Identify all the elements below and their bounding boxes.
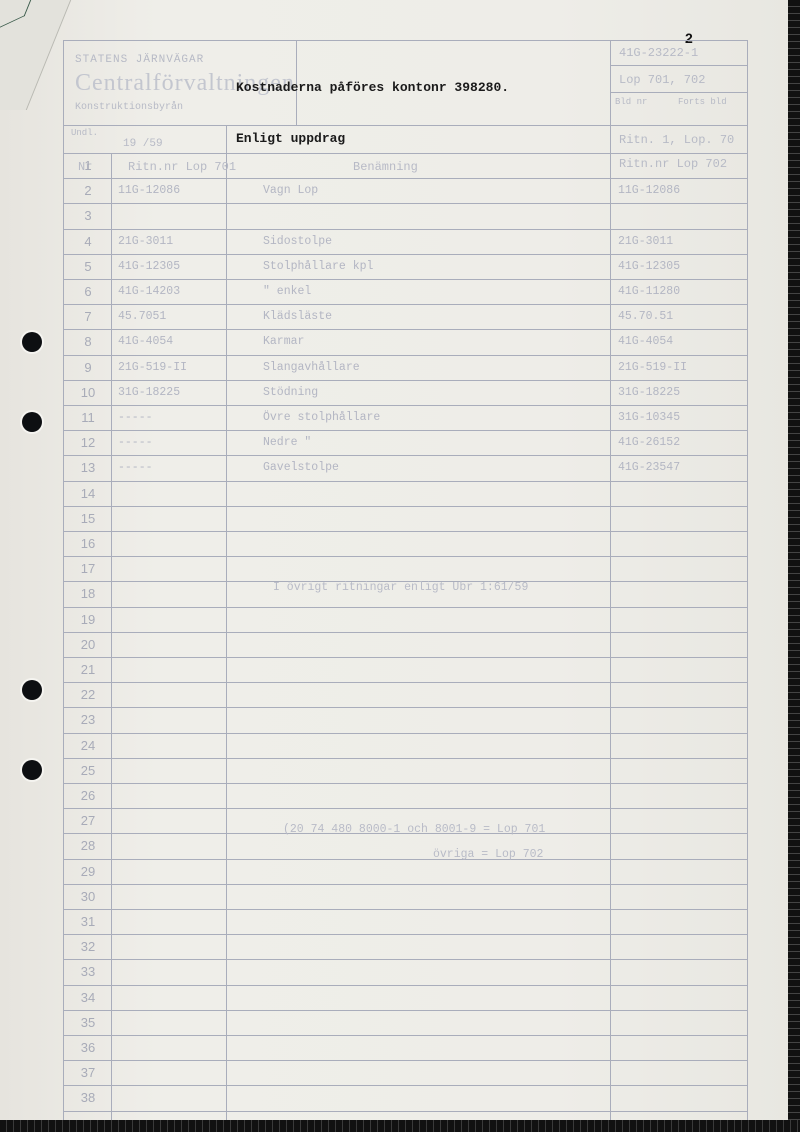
table-row: 20 bbox=[63, 632, 748, 657]
document-page: 2 STATENS JÄRNVÄGAR Centralförvaltningen… bbox=[0, 0, 788, 1120]
cell-ritnr-702: 21G-3011 bbox=[618, 235, 673, 248]
row-number: 37 bbox=[71, 1065, 105, 1080]
row-number: 15 bbox=[71, 511, 105, 526]
note-row-27: (20 74 480 8000-1 och 8001-9 = Lop 701 bbox=[283, 823, 545, 836]
row-number: 7 bbox=[71, 309, 105, 324]
table-row: 38 bbox=[63, 1085, 748, 1110]
table-row: 36 bbox=[63, 1035, 748, 1060]
row-number: 33 bbox=[71, 964, 105, 979]
row-number: 26 bbox=[71, 788, 105, 803]
table-row: 32 bbox=[63, 934, 748, 959]
row-number: 31 bbox=[71, 914, 105, 929]
row-number: 16 bbox=[71, 536, 105, 551]
grid-line bbox=[610, 92, 748, 93]
org-line: STATENS JÄRNVÄGAR bbox=[75, 54, 204, 66]
cell-ritnr: 11G-12086 bbox=[118, 184, 180, 197]
table-row: 841G-4054Karmar41G-4054 bbox=[63, 329, 748, 354]
table-row: 13-----Gavelstolpe41G-23547 bbox=[63, 455, 748, 480]
row-number: 24 bbox=[71, 738, 105, 753]
table-row: 15 bbox=[63, 506, 748, 531]
table-row: 31 bbox=[63, 909, 748, 934]
grid-line bbox=[63, 40, 748, 41]
row-number: 2 bbox=[71, 183, 105, 198]
row-number: 32 bbox=[71, 939, 105, 954]
table-row: 34 bbox=[63, 985, 748, 1010]
table-row: 1031G-18225Stödning31G-18225 bbox=[63, 380, 748, 405]
row-number: 27 bbox=[71, 813, 105, 828]
cost-account-line: Kostnaderna påföres kontonr 398280. bbox=[236, 80, 509, 95]
table-row: 14 bbox=[63, 481, 748, 506]
grid-line bbox=[63, 125, 748, 126]
row-number: 36 bbox=[71, 1040, 105, 1055]
row-number: 22 bbox=[71, 687, 105, 702]
cell-ritnr: ----- bbox=[118, 411, 153, 424]
cell-ritnr-702: 41G-12305 bbox=[618, 260, 680, 273]
row-number: 13 bbox=[71, 460, 105, 475]
cell-benamning: Stolphållare kpl bbox=[263, 260, 373, 273]
table-row: 22 bbox=[63, 682, 748, 707]
cell-benamning: Stödning bbox=[263, 386, 318, 399]
row-number: 6 bbox=[71, 284, 105, 299]
row-number: 35 bbox=[71, 1015, 105, 1030]
cell-ritnr: 21G-3011 bbox=[118, 235, 173, 248]
lop-number: Lop 701, 702 bbox=[619, 73, 705, 87]
table-row: 541G-12305Stolphållare kpl41G-12305 bbox=[63, 254, 748, 279]
cell-ritnr: 41G-4054 bbox=[118, 335, 173, 348]
row-number: 29 bbox=[71, 864, 105, 879]
cell-benamning: Gavelstolpe bbox=[263, 461, 339, 474]
row-number: 18 bbox=[71, 586, 105, 601]
table-row: 12-----Nedre "41G-26152 bbox=[63, 430, 748, 455]
row-number: 4 bbox=[71, 234, 105, 249]
punch-hole-icon bbox=[22, 760, 42, 780]
cell-ritnr: 45.7051 bbox=[118, 310, 166, 323]
row-number: 12 bbox=[71, 435, 105, 450]
cell-benamning: Vagn Lop bbox=[263, 184, 318, 197]
cell-benamning: Sidostolpe bbox=[263, 235, 332, 248]
cell-benamning: Övre stolphållare bbox=[263, 411, 380, 424]
row-number: 19 bbox=[71, 612, 105, 627]
cell-benamning: Nedre " bbox=[263, 436, 311, 449]
assignment-line: Enligt uppdrag bbox=[236, 131, 345, 146]
scale-ruler-bottom bbox=[0, 1120, 800, 1132]
row-number: 14 bbox=[71, 486, 105, 501]
table-row: 30 bbox=[63, 884, 748, 909]
table-row: 21 bbox=[63, 657, 748, 682]
fold-line bbox=[0, 0, 39, 34]
right-ref-1: Ritn. 1, Lop. 70 bbox=[619, 133, 734, 147]
punch-hole-icon bbox=[22, 412, 42, 432]
form-grid: STATENS JÄRNVÄGAR Centralförvaltningen K… bbox=[63, 40, 748, 1120]
underlag-value: 19 /59 bbox=[123, 138, 163, 150]
row-number: 21 bbox=[71, 662, 105, 677]
cell-ritnr-702: 41G-11280 bbox=[618, 285, 680, 298]
table-row: 23 bbox=[63, 707, 748, 732]
row-number: 1 bbox=[71, 158, 105, 173]
cell-ritnr-702: 31G-18225 bbox=[618, 386, 680, 399]
table-row: 921G-519-IISlangavhållare21G-519-II bbox=[63, 355, 748, 380]
note-row-28: övriga = Lop 702 bbox=[433, 848, 543, 861]
row-number: 30 bbox=[71, 889, 105, 904]
table-row: 35 bbox=[63, 1010, 748, 1035]
cell-ritnr-702: 41G-26152 bbox=[618, 436, 680, 449]
table-row: 17 bbox=[63, 556, 748, 581]
cell-ritnr-702: 31G-10345 bbox=[618, 411, 680, 424]
row-number: 8 bbox=[71, 334, 105, 349]
row-number: 5 bbox=[71, 259, 105, 274]
cell-ritnr: ----- bbox=[118, 461, 153, 474]
row-number: 23 bbox=[71, 712, 105, 727]
cell-benamning: Slangavhållare bbox=[263, 361, 360, 374]
cell-ritnr-702: 41G-23547 bbox=[618, 461, 680, 474]
label-blad: Bld nr bbox=[615, 97, 647, 107]
table-row: 1 bbox=[63, 153, 748, 178]
table-row: 16 bbox=[63, 531, 748, 556]
row-number: 20 bbox=[71, 637, 105, 652]
cell-ritnr-702: 45.70.51 bbox=[618, 310, 673, 323]
table-row: 3 bbox=[63, 203, 748, 228]
org-sub: Konstruktionsbyrån bbox=[75, 102, 183, 113]
table-row: 641G-14203" enkel41G-11280 bbox=[63, 279, 748, 304]
row-number: 25 bbox=[71, 763, 105, 778]
table-row: 25 bbox=[63, 758, 748, 783]
cell-ritnr-702: 41G-4054 bbox=[618, 335, 673, 348]
cell-benamning: Klädsläste bbox=[263, 310, 332, 323]
row-number: 9 bbox=[71, 360, 105, 375]
table-row: 29 bbox=[63, 859, 748, 884]
table-row: 24 bbox=[63, 733, 748, 758]
row-number: 11 bbox=[71, 410, 105, 425]
row-number: 3 bbox=[71, 208, 105, 223]
table-row: 19 bbox=[63, 607, 748, 632]
punch-hole-icon bbox=[22, 680, 42, 700]
cell-ritnr: 21G-519-II bbox=[118, 361, 187, 374]
table-row: 28 bbox=[63, 833, 748, 858]
cell-benamning: " enkel bbox=[263, 285, 311, 298]
cell-ritnr: 41G-12305 bbox=[118, 260, 180, 273]
note-row-17: I övrigt ritningar enligt Ubr 1:61/59 bbox=[273, 581, 528, 594]
label-forts: Forts bld bbox=[678, 97, 727, 107]
row-number: 10 bbox=[71, 385, 105, 400]
label-underlag: Undl. bbox=[71, 128, 98, 138]
scale-ruler bbox=[788, 0, 800, 1132]
punch-hole-icon bbox=[22, 332, 42, 352]
table-row: 37 bbox=[63, 1060, 748, 1085]
table-row: 421G-3011Sidostolpe21G-3011 bbox=[63, 229, 748, 254]
grid-line bbox=[610, 65, 748, 66]
row-number: 34 bbox=[71, 990, 105, 1005]
row-number: 38 bbox=[71, 1090, 105, 1105]
cell-ritnr-702: 21G-519-II bbox=[618, 361, 687, 374]
cell-ritnr-702: 11G-12086 bbox=[618, 184, 680, 197]
drawing-number: 41G-23222-1 bbox=[619, 46, 698, 60]
cell-ritnr: ----- bbox=[118, 436, 153, 449]
table-row: 11-----Övre stolphållare31G-10345 bbox=[63, 405, 748, 430]
table-row: 211G-12086Vagn Lop11G-12086 bbox=[63, 178, 748, 203]
cell-ritnr: 41G-14203 bbox=[118, 285, 180, 298]
row-number: 17 bbox=[71, 561, 105, 576]
row-number: 28 bbox=[71, 838, 105, 853]
table-row: 33 bbox=[63, 959, 748, 984]
cell-benamning: Karmar bbox=[263, 335, 304, 348]
table-row: 745.7051Klädsläste45.70.51 bbox=[63, 304, 748, 329]
table-row: 26 bbox=[63, 783, 748, 808]
cell-ritnr: 31G-18225 bbox=[118, 386, 180, 399]
grid-line bbox=[63, 1111, 748, 1112]
